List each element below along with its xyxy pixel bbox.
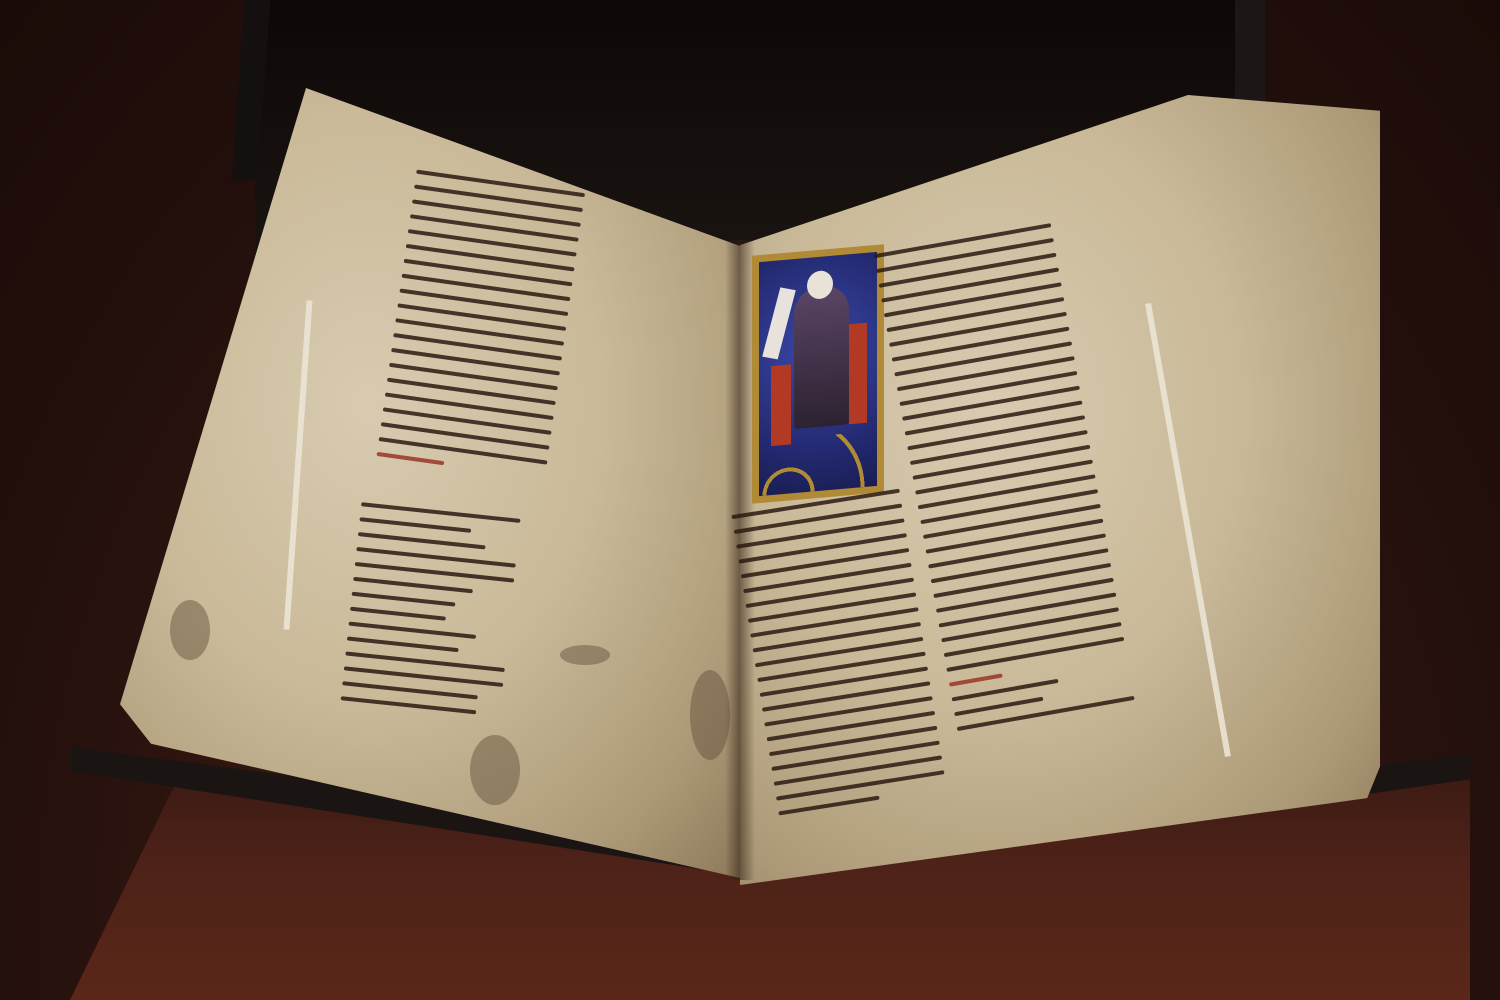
parchment-stain xyxy=(560,645,610,665)
parchment-stain xyxy=(170,600,210,660)
parchment-stain xyxy=(470,735,520,805)
red-curtain-left xyxy=(771,364,791,446)
parchment-stain xyxy=(690,670,730,760)
red-curtain-right xyxy=(849,323,867,425)
left-page-witness-list xyxy=(339,502,520,728)
scroll-icon xyxy=(762,287,796,359)
gothic-arches xyxy=(759,431,877,496)
enthroned-figure xyxy=(794,284,849,429)
illuminated-miniature xyxy=(752,244,884,504)
